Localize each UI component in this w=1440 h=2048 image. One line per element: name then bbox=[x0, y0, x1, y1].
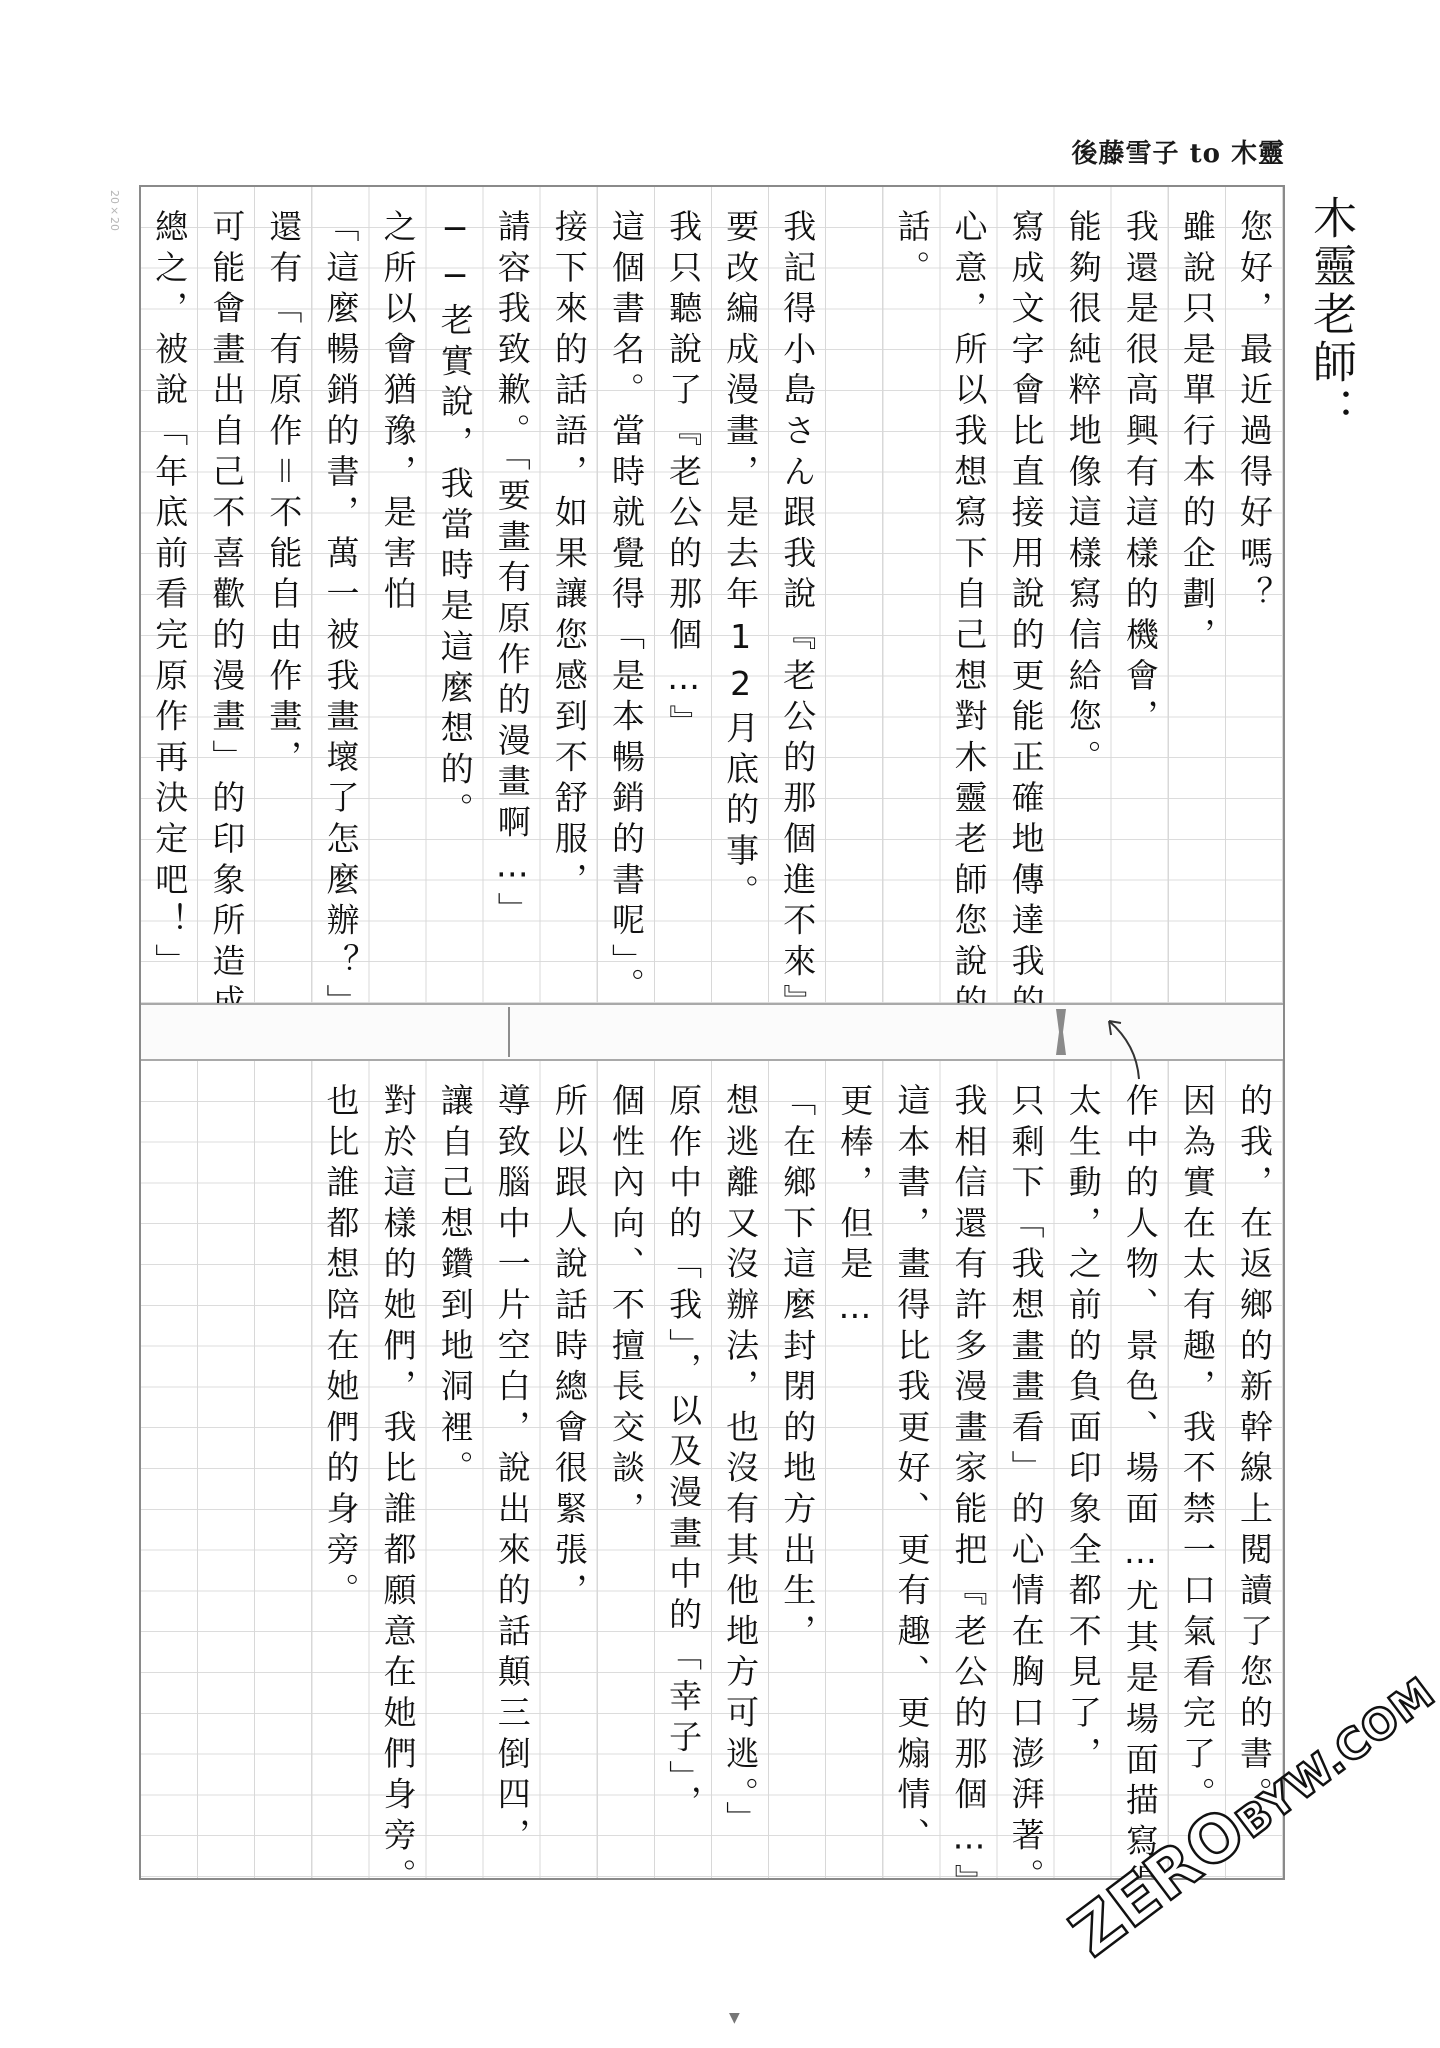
text-column: 讓自己想鑽到地洞裡。 bbox=[427, 1061, 484, 1878]
manuscript-paper: 您好，最近過得好嗎？ 雖說只是單行本的企劃， 我還是很高興有這樣的機會， 能夠很… bbox=[139, 185, 1285, 1880]
text-column: 能夠很純粹地像這樣寫信給您。 bbox=[1055, 187, 1112, 1003]
text-column: 要改編成漫畫，是去年12月底的事。 bbox=[712, 187, 769, 1003]
text-column: 「這麼暢銷的書，萬一被我畫壞了怎麼辦？」， bbox=[312, 187, 369, 1003]
text-column bbox=[255, 1061, 312, 1878]
text-column: 總之，被說「年底前看完原作再決定吧！」 bbox=[141, 187, 198, 1003]
fold-line-icon bbox=[508, 1007, 510, 1057]
upper-columns: 您好，最近過得好嗎？ 雖說只是單行本的企劃， 我還是很高興有這樣的機會， 能夠很… bbox=[141, 187, 1283, 1003]
text-column bbox=[198, 1061, 255, 1878]
text-column bbox=[826, 187, 883, 1003]
text-column: 想逃離又沒辦法，也沒有其他地方可逃。」 bbox=[712, 1061, 769, 1878]
page-marker-icon: ▼ bbox=[729, 2010, 740, 2026]
text-column bbox=[141, 1061, 198, 1878]
text-column: 之所以會猶豫，是害怕 bbox=[370, 187, 427, 1003]
text-column: 我記得小島さん跟我說『老公的那個進不來』 bbox=[769, 187, 826, 1003]
text-column: 話。 bbox=[883, 187, 940, 1003]
upper-manuscript-grid: 您好，最近過得好嗎？ 雖說只是單行本的企劃， 我還是很高興有這樣的機會， 能夠很… bbox=[141, 187, 1283, 1003]
text-column: 太生動，之前的負面印象全都不見了， bbox=[1055, 1061, 1112, 1878]
text-column: 我只聽說了『老公的那個…』 bbox=[655, 187, 712, 1003]
text-column: 作中的人物、景色、場面…尤其是場面描寫得 bbox=[1112, 1061, 1169, 1878]
text-column: 對於這樣的她們，我比誰都願意在她們身旁。 bbox=[370, 1061, 427, 1878]
text-column: ──老實說，我當時是這麼想的。 bbox=[427, 187, 484, 1003]
text-column: 我還是很高興有這樣的機會， bbox=[1112, 187, 1169, 1003]
text-column: 接下來的話語，如果讓您感到不舒服， bbox=[541, 187, 598, 1003]
text-column: 個性內向、不擅長交談， bbox=[598, 1061, 655, 1878]
center-divider-band bbox=[141, 1003, 1283, 1061]
text-column: 所以跟人說話時總會很緊張， bbox=[541, 1061, 598, 1878]
text-column: 可能會畫出自己不喜歡的漫畫」的印象所造成。 bbox=[198, 187, 255, 1003]
text-column: 更棒，但是… bbox=[826, 1061, 883, 1878]
lower-columns: 的我，在返鄉的新幹線上閱讀了您的書。 因為實在太有趣，我不禁一口氣看完了。 作中… bbox=[141, 1061, 1283, 1878]
lower-manuscript-grid: 的我，在返鄉的新幹線上閱讀了您的書。 因為實在太有趣，我不禁一口氣看完了。 作中… bbox=[141, 1061, 1283, 1878]
text-column: 「在鄉下這麼封閉的地方出生， bbox=[769, 1061, 826, 1878]
text-column: 還有「有原作＝不能自由作畫， bbox=[255, 187, 312, 1003]
letter-header: 後藤雪子 to 木靈 bbox=[1072, 133, 1285, 170]
text-column: 心意，所以我想寫下自己想對木靈老師您說的 bbox=[940, 187, 997, 1003]
text-column: 因為實在太有趣，我不禁一口氣看完了。 bbox=[1169, 1061, 1226, 1878]
salutation: 木靈老師： bbox=[1305, 195, 1355, 435]
text-column: 只剩下「我想畫畫看」的心情在胸口澎湃著。 bbox=[998, 1061, 1055, 1878]
bracket-mark-icon bbox=[1056, 1009, 1066, 1055]
text-column: 寫成文字會比直接用說的更能正確地傳達我的 bbox=[998, 187, 1055, 1003]
text-column: 也比誰都想陪在她們的身旁。 bbox=[312, 1061, 369, 1878]
text-column: 雖說只是單行本的企劃， bbox=[1169, 187, 1226, 1003]
text-column: 導致腦中一片空白，說出來的話顛三倒四， bbox=[484, 1061, 541, 1878]
text-column: 這本書，畫得比我更好、更有趣、更煽情、 bbox=[883, 1061, 940, 1878]
text-column: 請容我致歉。「要畫有原作的漫畫啊…」 bbox=[484, 187, 541, 1003]
text-column: 原作中的「我」，以及漫畫中的「幸子」， bbox=[655, 1061, 712, 1878]
text-column: 您好，最近過得好嗎？ bbox=[1226, 187, 1283, 1003]
grid-size-label: 20×20 bbox=[108, 190, 121, 231]
text-column: 我相信還有許多漫畫家能把『老公的那個…』 bbox=[940, 1061, 997, 1878]
text-column: 這個書名。當時就覺得「是本暢銷的書呢」。 bbox=[598, 187, 655, 1003]
